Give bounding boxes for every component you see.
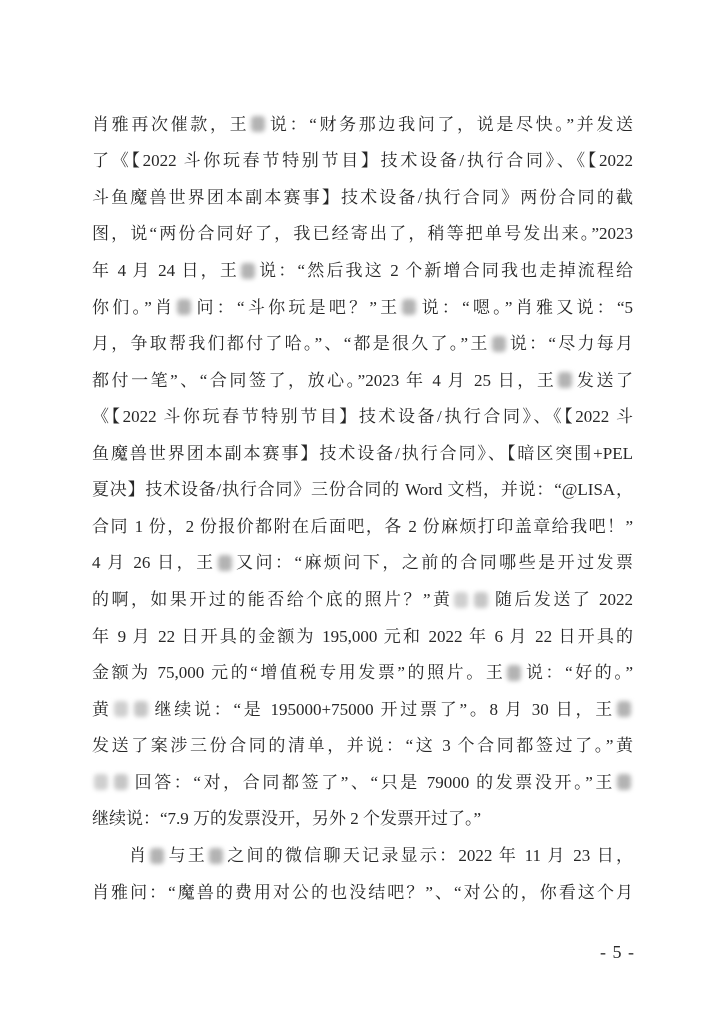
redacted-name <box>615 773 633 791</box>
blur-mask <box>209 848 223 864</box>
text-segment: 说：“然后我这 2 个新增合同我也走掉流程给 <box>257 261 633 280</box>
redacted-name <box>92 773 132 791</box>
text-segment: 回答：“对，合同都签了”、“只是 79000 的发票没开。”王 <box>132 773 615 792</box>
text-segment: 又问：“麻烦问下，之前的合同哪些是开过发票 <box>234 553 633 572</box>
text-segment: 与王 <box>166 846 207 865</box>
text-segment: 4 月 26 日，王 <box>92 553 216 572</box>
text-segment: 《【2022 斗你玩春节特别节目】技术设备/执行合同》、《【2022 斗 <box>92 407 633 426</box>
text-line: 肖与王之间的微信聊天记录显示：2022 年 11 月 23 日， <box>92 838 633 875</box>
blur-mask <box>492 336 506 352</box>
text-line: 斗鱼魔兽世界团本副本赛事】技术设备/执行合同》两份合同的截 <box>92 180 633 217</box>
text-line: 鱼魔兽世界团本副本赛事】技术设备/执行合同》、【暗区突围+PEL <box>92 436 633 473</box>
page-number: - 5 - <box>600 940 635 964</box>
text-segment: 继续说：“是 195000+75000 开过票了”。8 月 30 日，王 <box>152 700 615 719</box>
redacted-name <box>490 335 508 353</box>
text-segment: 了《【2022 斗你玩春节特别节目】技术设备/执行合同》、《【2022 <box>92 151 633 170</box>
text-segment: 随后发送了 2022 <box>492 590 633 609</box>
redacted-name <box>452 591 492 609</box>
redacted-name <box>239 262 257 280</box>
text-line: 《【2022 斗你玩春节特别节目】技术设备/执行合同》、《【2022 斗 <box>92 399 633 436</box>
text-segment: 你们。”肖 <box>92 298 175 317</box>
redacted-name <box>556 371 574 389</box>
text-line: 都付一笔”、“合同签了，放心。”2023 年 4 月 25 日，王发送了 <box>92 363 633 400</box>
text-line: 回答：“对，合同都签了”、“只是 79000 的发票没开。”王 <box>92 765 633 802</box>
text-segment: 金额为 75,000 元的“增值税专用发票”的照片。王 <box>92 663 505 682</box>
blur-mask <box>507 665 521 681</box>
redacted-name <box>175 298 193 316</box>
blur-mask <box>617 701 631 717</box>
blur-mask <box>218 555 232 571</box>
redacted-name <box>249 115 267 133</box>
text-line: 金额为 75,000 元的“增值税专用发票”的照片。王说：“好的。” <box>92 655 633 692</box>
text-segment: 说：“财务那边我问了，说是尽快。”并发送 <box>267 115 633 134</box>
text-segment: 肖雅再次催款，王 <box>92 115 249 134</box>
text-line: 月，争取帮我们都付了哈。”、“都是很久了。”王说：“尽力每月 <box>92 326 633 363</box>
text-line: 合同 1 份，2 份报价都附在后面吧，各 2 份麻烦打印盖章给我吧！” <box>92 509 633 546</box>
text-line: 的啊，如果开过的能否给个底的照片？”黄随后发送了 2022 <box>92 582 633 619</box>
text-line: 了《【2022 斗你玩春节特别节目】技术设备/执行合同》、《【2022 <box>92 143 633 180</box>
text-line: 图，说“两份合同好了，我已经寄出了，稍等把单号发出来。”2023 <box>92 216 633 253</box>
blur-mask <box>134 701 148 717</box>
text-line: 肖雅再次催款，王说：“财务那边我问了，说是尽快。”并发送 <box>92 107 633 144</box>
text-line: 4 月 26 日，王又问：“麻烦问下，之前的合同哪些是开过发票 <box>92 545 633 582</box>
text-segment: 发送了 <box>574 371 633 390</box>
text-segment: 之间的微信聊天记录显示：2022 年 11 月 23 日， <box>225 846 633 865</box>
text-segment: 鱼魔兽世界团本副本赛事】技术设备/执行合同》、【暗区突围+PEL <box>92 444 633 463</box>
redacted-name <box>148 847 166 865</box>
text-segment: 继续说：“7.9 万的发票没开，另外 2 个发票开过了。” <box>92 809 481 828</box>
text-segment: 说：“嗯。”肖雅又说：“5 <box>418 298 633 317</box>
blur-mask <box>150 848 164 864</box>
text-segment: 夏决】技术设备/执行合同》三份合同的 Word 文档，并说：“@LISA， <box>92 480 633 499</box>
blur-mask <box>617 774 631 790</box>
redacted-name <box>112 700 152 718</box>
blur-mask <box>251 116 265 132</box>
blur-mask <box>558 372 572 388</box>
text-segment: 合同 1 份，2 份报价都附在后面吧，各 2 份麻烦打印盖章给我吧！” <box>92 517 633 536</box>
text-segment: 说：“好的。” <box>523 663 633 682</box>
text-segment: 月，争取帮我们都付了哈。”、“都是很久了。”王 <box>92 334 490 353</box>
text-segment: 肖 <box>129 846 148 865</box>
blur-mask <box>114 701 128 717</box>
document-page: 肖雅再次催款，王说：“财务那边我问了，说是尽快。”并发送 了《【2022 斗你玩… <box>0 0 724 1024</box>
blur-mask <box>241 263 255 279</box>
text-segment: 说：“尽力每月 <box>508 334 633 353</box>
text-line: 黄继续说：“是 195000+75000 开过票了”。8 月 30 日，王 <box>92 692 633 729</box>
text-segment: 图，说“两份合同好了，我已经寄出了，稍等把单号发出来。”2023 <box>92 224 633 243</box>
text-line: 年 9 月 22 日开具的金额为 195,000 元和 2022 年 6 月 2… <box>92 619 633 656</box>
redacted-name <box>615 700 633 718</box>
blur-mask <box>402 299 416 315</box>
text-line: 发送了案涉三份合同的清单，并说：“这 3 个合同都签过了。”黄 <box>92 728 633 765</box>
blur-mask <box>454 592 468 608</box>
blur-mask <box>177 299 191 315</box>
text-segment: 的啊，如果开过的能否给个底的照片？”黄 <box>92 590 452 609</box>
blur-mask <box>114 774 128 790</box>
blur-mask <box>474 592 488 608</box>
text-segment: 年 4 月 24 日，王 <box>92 261 239 280</box>
text-line: 年 4 月 24 日，王说：“然后我这 2 个新增合同我也走掉流程给 <box>92 253 633 290</box>
paragraph: 肖与王之间的微信聊天记录显示：2022 年 11 月 23 日， 肖雅问：“魔兽… <box>92 838 633 911</box>
blur-mask <box>94 774 108 790</box>
text-segment: 斗鱼魔兽世界团本副本赛事】技术设备/执行合同》两份合同的截 <box>92 188 633 207</box>
text-line: 继续说：“7.9 万的发票没开，另外 2 个发票开过了。” <box>92 801 633 838</box>
text-segment: 发送了案涉三份合同的清单，并说：“这 3 个合同都签过了。”黄 <box>92 736 633 755</box>
text-line: 夏决】技术设备/执行合同》三份合同的 Word 文档，并说：“@LISA， <box>92 472 633 509</box>
text-line: 你们。”肖问：“斗你玩是吧？”王说：“嗯。”肖雅又说：“5 <box>92 290 633 327</box>
redacted-name <box>207 847 225 865</box>
redacted-name <box>216 554 234 572</box>
redacted-name <box>505 664 523 682</box>
text-segment: 问：“斗你玩是吧？”王 <box>193 298 400 317</box>
document-body: 肖雅再次催款，王说：“财务那边我问了，说是尽快。”并发送 了《【2022 斗你玩… <box>92 107 633 911</box>
redacted-name <box>400 298 418 316</box>
text-line: 肖雅问：“魔兽的费用对公的也没结吧？”、“对公的，你看这个月 <box>92 875 633 912</box>
text-segment: 都付一笔”、“合同签了，放心。”2023 年 4 月 25 日，王 <box>92 371 556 390</box>
text-segment: 黄 <box>92 700 112 719</box>
text-segment: 肖雅问：“魔兽的费用对公的也没结吧？”、“对公的，你看这个月 <box>92 883 633 902</box>
paragraph: 肖雅再次催款，王说：“财务那边我问了，说是尽快。”并发送 了《【2022 斗你玩… <box>92 107 633 838</box>
text-segment: 年 9 月 22 日开具的金额为 195,000 元和 2022 年 6 月 2… <box>92 627 633 646</box>
